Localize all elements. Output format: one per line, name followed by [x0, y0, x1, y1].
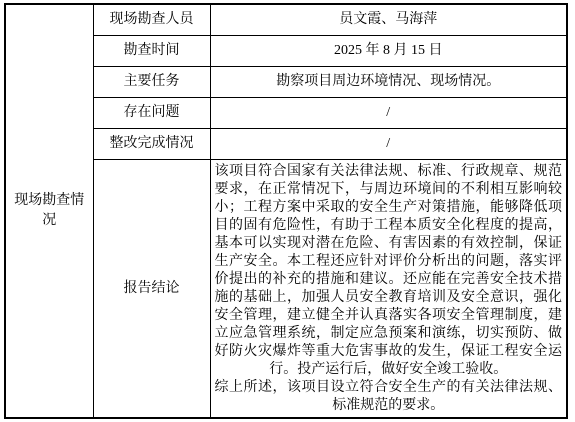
row-label-main-task: 主要任务	[93, 66, 210, 97]
row-label-survey-personnel: 现场勘查人员	[93, 4, 210, 35]
row-value-survey-date: 2025 年 8 月 15 日	[210, 35, 567, 66]
row-label-report-conclusion: 报告结论	[93, 159, 210, 418]
report-paragraph-1: 该项目符合国家有关法律法规、标准、行政规章、规范要求，在正常情况下，与周边环境间…	[215, 163, 563, 379]
table-row: 现场勘查情况 现场勘查人员 员文霞、马海萍	[5, 4, 567, 35]
row-label-survey-date: 勘查时间	[93, 35, 210, 66]
section-header-cell: 现场勘查情况	[5, 4, 93, 418]
site-survey-table: 现场勘查情况 现场勘查人员 员文霞、马海萍 勘查时间 2025 年 8 月 15…	[4, 3, 568, 419]
row-value-rectification-status: /	[210, 128, 567, 159]
row-value-existing-problems: /	[210, 97, 567, 128]
report-paragraph-2: 综上所述，该项目设立符合安全生产的有关法律法规、标准规范的要求。	[215, 379, 563, 415]
row-label-rectification-status: 整改完成情况	[93, 128, 210, 159]
row-value-report-conclusion: 该项目符合国家有关法律法规、标准、行政规章、规范要求，在正常情况下，与周边环境间…	[210, 159, 567, 418]
row-value-main-task: 勘察项目周边环境情况、现场情况。	[210, 66, 567, 97]
row-value-survey-personnel: 员文霞、马海萍	[210, 4, 567, 35]
row-label-existing-problems: 存在问题	[93, 97, 210, 128]
